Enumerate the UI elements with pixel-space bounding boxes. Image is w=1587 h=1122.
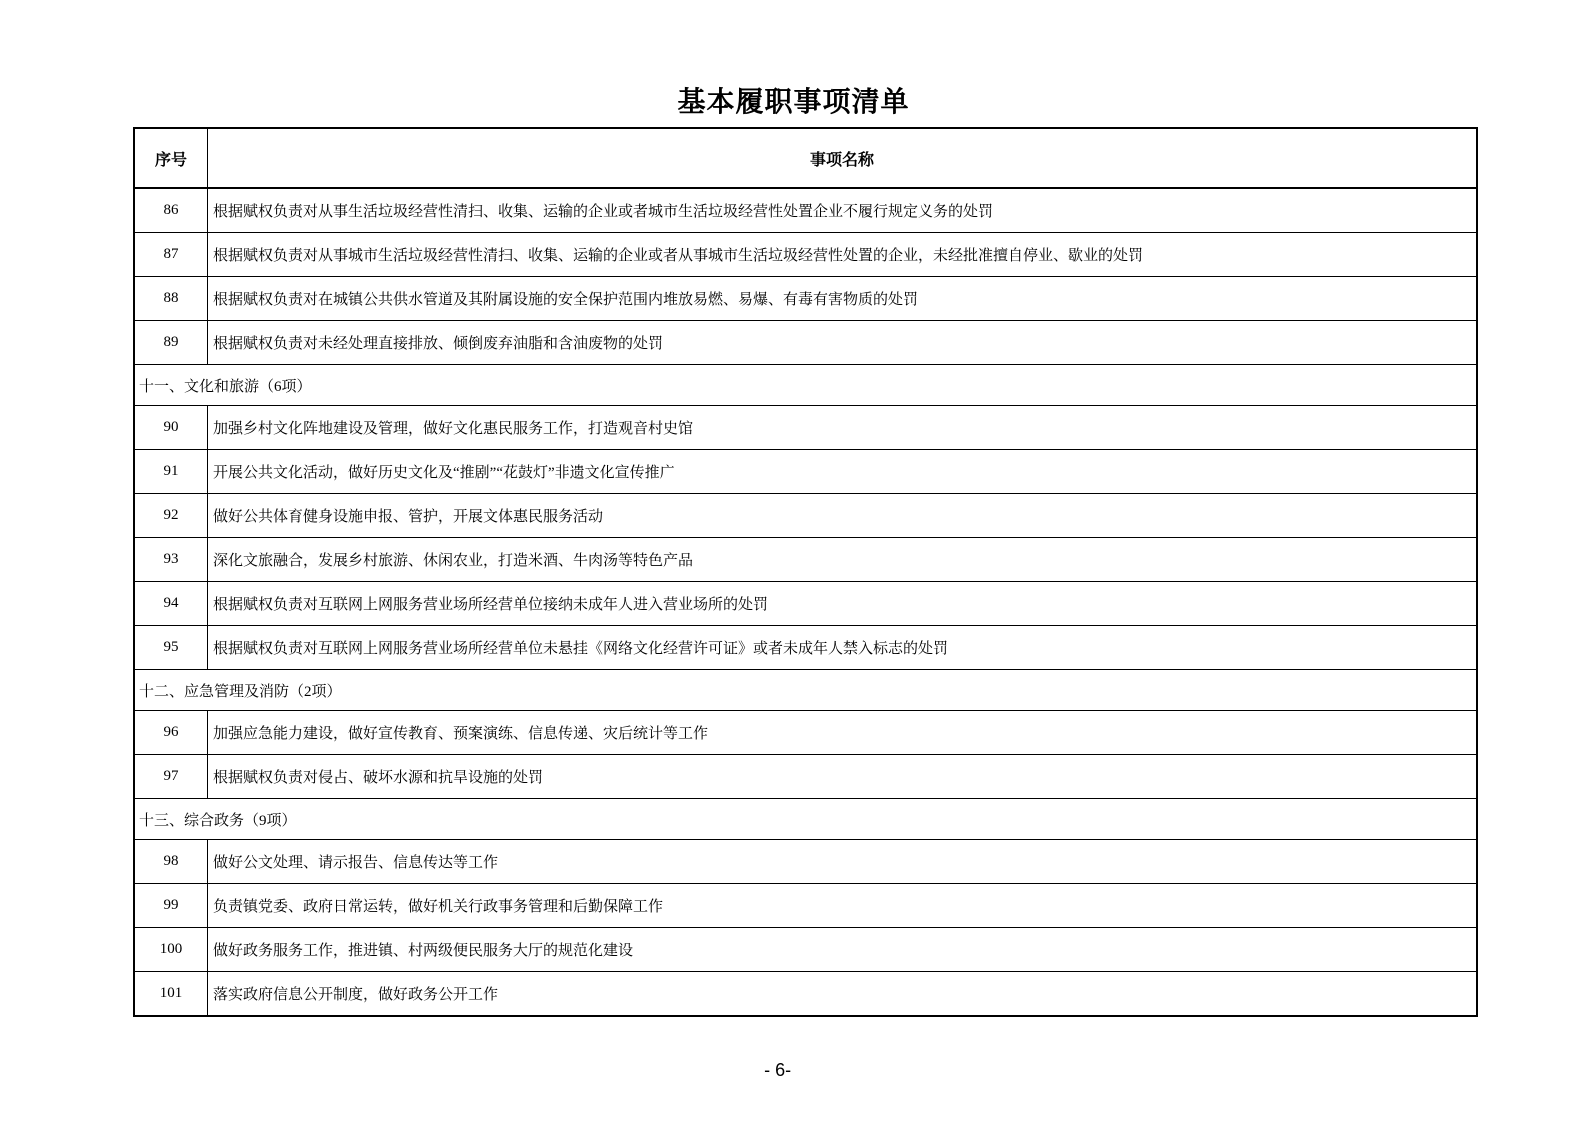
item-serial-number: 91 xyxy=(134,450,208,494)
table-row: 91开展公共文化活动，做好历史文化及“推剧”“花鼓灯”非遗文化宣传推广 xyxy=(134,450,1477,494)
table-row: 98做好公文处理、请示报告、信息传达等工作 xyxy=(134,840,1477,884)
item-serial-number: 92 xyxy=(134,494,208,538)
item-name: 做好政务服务工作，推进镇、村两级便民服务大厅的规范化建设 xyxy=(208,928,1478,972)
item-name: 开展公共文化活动，做好历史文化及“推剧”“花鼓灯”非遗文化宣传推广 xyxy=(208,450,1478,494)
item-serial-number: 88 xyxy=(134,277,208,321)
section-header-label: 十二、应急管理及消防（2项） xyxy=(134,670,1477,711)
item-serial-number: 89 xyxy=(134,321,208,365)
table-row: 90加强乡村文化阵地建设及管理，做好文化惠民服务工作，打造观音村史馆 xyxy=(134,406,1477,450)
item-name: 根据赋权负责对从事城市生活垃圾经营性清扫、收集、运输的企业或者从事城市生活垃圾经… xyxy=(208,233,1478,277)
section-header-row: 十一、文化和旅游（6项） xyxy=(134,365,1477,406)
document-title: 基本履职事项清单 xyxy=(0,80,1587,120)
table-header-row: 序号 事项名称 xyxy=(134,128,1477,188)
column-header-item-name: 事项名称 xyxy=(208,128,1478,188)
item-serial-number: 86 xyxy=(134,188,208,233)
table-row: 89根据赋权负责对未经处理直接排放、倾倒废弃油脂和含油废物的处罚 xyxy=(134,321,1477,365)
table-row: 97根据赋权负责对侵占、破坏水源和抗旱设施的处罚 xyxy=(134,755,1477,799)
item-serial-number: 99 xyxy=(134,884,208,928)
item-name: 根据赋权负责对从事生活垃圾经营性清扫、收集、运输的企业或者城市生活垃圾经营性处置… xyxy=(208,188,1478,233)
item-name: 根据赋权负责对互联网上网服务营业场所经营单位接纳未成年人进入营业场所的处罚 xyxy=(208,582,1478,626)
item-name: 做好公文处理、请示报告、信息传达等工作 xyxy=(208,840,1478,884)
item-serial-number: 97 xyxy=(134,755,208,799)
item-name: 根据赋权负责对在城镇公共供水管道及其附属设施的安全保护范围内堆放易燃、易爆、有毒… xyxy=(208,277,1478,321)
document-page: 基本履职事项清单 序号 事项名称 86根据赋权负责对从事生活垃圾经营性清扫、收集… xyxy=(0,0,1587,1122)
section-header-label: 十一、文化和旅游（6项） xyxy=(134,365,1477,406)
table-row: 87根据赋权负责对从事城市生活垃圾经营性清扫、收集、运输的企业或者从事城市生活垃… xyxy=(134,233,1477,277)
item-serial-number: 94 xyxy=(134,582,208,626)
item-serial-number: 93 xyxy=(134,538,208,582)
item-name: 根据赋权负责对互联网上网服务营业场所经营单位未悬挂《网络文化经营许可证》或者未成… xyxy=(208,626,1478,670)
table-row: 92做好公共体育健身设施申报、管护，开展文体惠民服务活动 xyxy=(134,494,1477,538)
item-serial-number: 98 xyxy=(134,840,208,884)
table-row: 96加强应急能力建设，做好宣传教育、预案演练、信息传递、灾后统计等工作 xyxy=(134,711,1477,755)
table-row: 100做好政务服务工作，推进镇、村两级便民服务大厅的规范化建设 xyxy=(134,928,1477,972)
table-row: 99负责镇党委、政府日常运转，做好机关行政事务管理和后勤保障工作 xyxy=(134,884,1477,928)
item-serial-number: 90 xyxy=(134,406,208,450)
page-number: - 6- xyxy=(0,1060,1555,1081)
item-name: 深化文旅融合，发展乡村旅游、休闲农业，打造米酒、牛肉汤等特色产品 xyxy=(208,538,1478,582)
section-header-row: 十三、综合政务（9项） xyxy=(134,799,1477,840)
table-row: 88根据赋权负责对在城镇公共供水管道及其附属设施的安全保护范围内堆放易燃、易爆、… xyxy=(134,277,1477,321)
section-header-row: 十二、应急管理及消防（2项） xyxy=(134,670,1477,711)
section-header-label: 十三、综合政务（9项） xyxy=(134,799,1477,840)
item-name: 落实政府信息公开制度，做好政务公开工作 xyxy=(208,972,1478,1017)
table-row: 101落实政府信息公开制度，做好政务公开工作 xyxy=(134,972,1477,1017)
item-serial-number: 87 xyxy=(134,233,208,277)
table-row: 86根据赋权负责对从事生活垃圾经营性清扫、收集、运输的企业或者城市生活垃圾经营性… xyxy=(134,188,1477,233)
table-row: 94根据赋权负责对互联网上网服务营业场所经营单位接纳未成年人进入营业场所的处罚 xyxy=(134,582,1477,626)
item-name: 加强乡村文化阵地建设及管理，做好文化惠民服务工作，打造观音村史馆 xyxy=(208,406,1478,450)
item-serial-number: 95 xyxy=(134,626,208,670)
column-header-serial-number: 序号 xyxy=(134,128,208,188)
item-serial-number: 101 xyxy=(134,972,208,1017)
item-name: 做好公共体育健身设施申报、管护，开展文体惠民服务活动 xyxy=(208,494,1478,538)
table-body: 86根据赋权负责对从事生活垃圾经营性清扫、收集、运输的企业或者城市生活垃圾经营性… xyxy=(134,188,1477,1016)
item-serial-number: 100 xyxy=(134,928,208,972)
table-row: 93深化文旅融合，发展乡村旅游、休闲农业，打造米酒、牛肉汤等特色产品 xyxy=(134,538,1477,582)
item-serial-number: 96 xyxy=(134,711,208,755)
item-name: 加强应急能力建设，做好宣传教育、预案演练、信息传递、灾后统计等工作 xyxy=(208,711,1478,755)
table-row: 95根据赋权负责对互联网上网服务营业场所经营单位未悬挂《网络文化经营许可证》或者… xyxy=(134,626,1477,670)
item-name: 根据赋权负责对未经处理直接排放、倾倒废弃油脂和含油废物的处罚 xyxy=(208,321,1478,365)
duty-items-table: 序号 事项名称 86根据赋权负责对从事生活垃圾经营性清扫、收集、运输的企业或者城… xyxy=(133,127,1478,1017)
item-name: 负责镇党委、政府日常运转，做好机关行政事务管理和后勤保障工作 xyxy=(208,884,1478,928)
item-name: 根据赋权负责对侵占、破坏水源和抗旱设施的处罚 xyxy=(208,755,1478,799)
